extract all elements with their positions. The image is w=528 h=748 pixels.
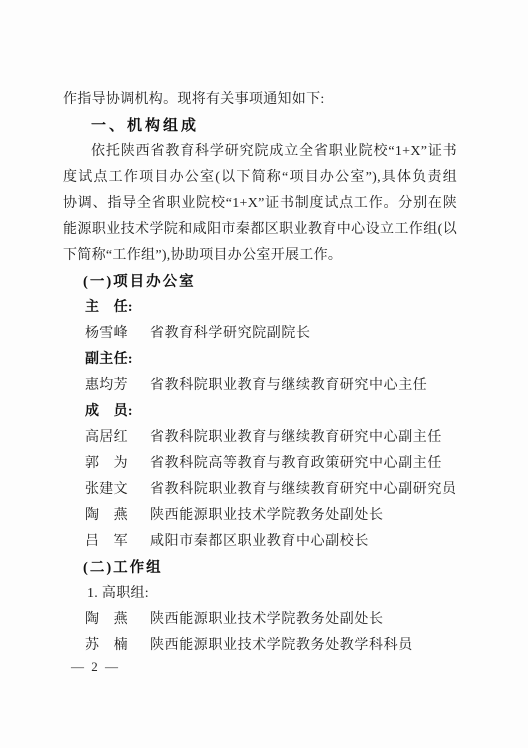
member-name: 郭 为	[85, 451, 128, 477]
member-name: 高居红	[85, 425, 128, 451]
subgroup-label-higher-vocational: 1. 高职组:	[63, 581, 457, 607]
paragraph-line: 能源职业技术学院和咸阳市秦都区职业教育中心设立工作组(以	[63, 217, 457, 243]
member-title: 省教科院职业教育与继续教育研究中心主任	[150, 373, 427, 399]
member-title: 省教科院职业教育与继续教育研究中心副主任	[150, 425, 442, 451]
member-row: 杨雪峰 省教育科学研究院副院长	[63, 321, 457, 347]
member-row: 陶 燕 陕西能源职业技术学院教务处副处长	[63, 607, 457, 633]
member-row: 高居红 省教科院职业教育与继续教育研究中心副主任	[63, 425, 457, 451]
continuation-text: 作指导协调机构。现将有关事项通知如下:	[63, 87, 457, 113]
member-row: 惠均芳 省教科院职业教育与继续教育研究中心主任	[63, 373, 457, 399]
paragraph-line: 依托陕西省教育科学研究院成立全省职业院校“1+X”证书制	[63, 139, 457, 165]
subsection-heading-project-office: (一)项目办公室	[63, 269, 457, 295]
member-name: 杨雪峰	[85, 321, 128, 347]
member-row: 苏 楠 陕西能源职业技术学院教务处教学科科员	[63, 633, 457, 659]
member-row: 张建文 省教科院职业教育与继续教育研究中心副研究员	[63, 477, 457, 503]
document-content: 作指导协调机构。现将有关事项通知如下: 一、机构组成 依托陕西省教育科学研究院成…	[63, 87, 457, 659]
subsection-heading-work-group: (二)工作组	[63, 555, 457, 581]
member-title: 陕西能源职业技术学院教务处教学科科员	[150, 633, 413, 659]
role-label-members: 成 员:	[63, 399, 457, 425]
role-label-director: 主 任:	[63, 295, 457, 321]
member-title: 陕西能源职业技术学院教务处副处长	[150, 607, 384, 633]
member-name: 陶 燕	[85, 503, 128, 529]
member-name: 张建文	[85, 477, 128, 503]
member-title: 省教科院高等教育与教育政策研究中心副主任	[150, 451, 442, 477]
member-row: 吕 军 咸阳市秦都区职业教育中心副校长	[63, 529, 457, 555]
member-row: 陶 燕 陕西能源职业技术学院教务处副处长	[63, 503, 457, 529]
member-title: 咸阳市秦都区职业教育中心副校长	[150, 529, 369, 555]
member-title: 省教科院职业教育与继续教育研究中心副研究员	[150, 477, 457, 503]
member-name: 苏 楠	[85, 633, 128, 659]
member-name: 惠均芳	[85, 373, 128, 399]
paragraph-line: 度试点工作项目办公室(以下简称“项目办公室”),具体负责组织、	[63, 165, 457, 191]
paragraph-line: 协调、指导全省职业院校“1+X”证书制度试点工作。分别在陕西	[63, 191, 457, 217]
member-title: 省教育科学研究院副院长	[150, 321, 311, 347]
member-name: 吕 军	[85, 529, 128, 555]
role-label-deputy-director: 副主任:	[63, 347, 457, 373]
section-heading-organization: 一、机构组成	[63, 113, 457, 139]
page-number: — 2 —	[71, 659, 120, 675]
member-name: 陶 燕	[85, 607, 128, 633]
paragraph-line: 下简称“工作组”),协助项目办公室开展工作。	[63, 243, 457, 269]
member-title: 陕西能源职业技术学院教务处副处长	[150, 503, 384, 529]
document-page: 作指导协调机构。现将有关事项通知如下: 一、机构组成 依托陕西省教育科学研究院成…	[0, 0, 528, 748]
member-row: 郭 为 省教科院高等教育与教育政策研究中心副主任	[63, 451, 457, 477]
